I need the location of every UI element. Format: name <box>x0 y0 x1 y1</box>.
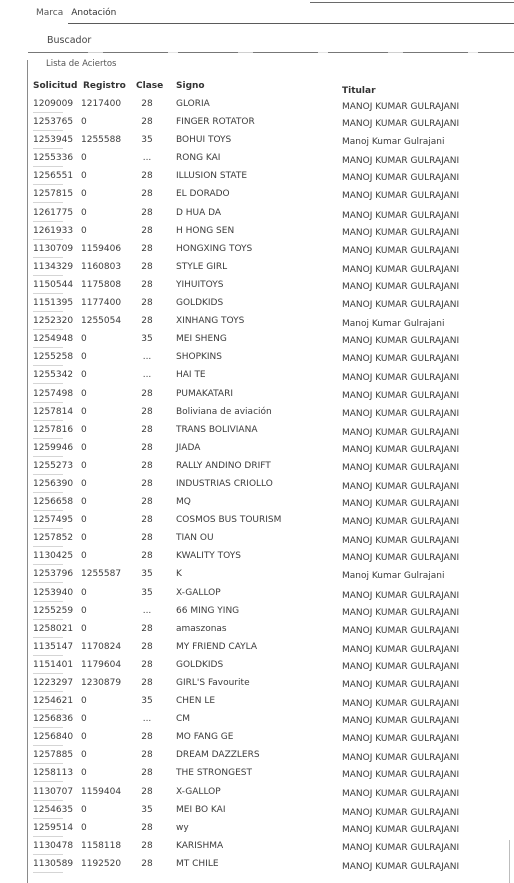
cell-clase: 28 <box>138 171 156 181</box>
cell-clase: 35 <box>138 696 156 706</box>
cell-titular: MANOJ KUMAR GULRAJANI <box>342 445 459 455</box>
cell-clase: ... <box>138 370 156 380</box>
column-header-registro[interactable]: Registro <box>83 81 126 91</box>
cell-titular: MANOJ KUMAR GULRAJANI <box>342 843 459 853</box>
table-row[interactable]: 1130707115940428X-GALLOPMANOJ KUMAR GULR… <box>0 785 514 803</box>
cell-signo: RONG KAI <box>176 153 220 163</box>
cell-solicitud: 1253940 <box>33 588 73 598</box>
cell-clase: 28 <box>138 479 156 489</box>
cell-registro: 0 <box>81 768 87 778</box>
cell-solicitud: 1254948 <box>33 334 73 344</box>
cell-titular: MANOJ KUMAR GULRAJANI <box>342 265 459 275</box>
column-header-signo[interactable]: Signo <box>176 81 205 91</box>
cell-clase: 35 <box>138 805 156 815</box>
cell-registro: 0 <box>81 805 87 815</box>
cell-titular: MANOJ KUMAR GULRAJANI <box>342 246 459 256</box>
column-header-clase[interactable]: Clase <box>136 81 163 91</box>
cell-solicitud: 1256658 <box>33 497 73 507</box>
cell-clase: ... <box>138 714 156 724</box>
table-row[interactable]: 1130425028KWALITY TOYSMANOJ KUMAR GULRAJ… <box>0 549 514 567</box>
cell-solicitud: 1135147 <box>33 642 73 652</box>
cell-clase: 35 <box>138 569 156 579</box>
cell-registro: 1179604 <box>81 660 121 670</box>
cell-registro: 0 <box>81 551 87 561</box>
cell-signo: HAI TE <box>176 370 206 380</box>
cell-solicitud: 1254635 <box>33 805 73 815</box>
cell-registro: 0 <box>81 497 87 507</box>
table-row[interactable]: 12553360...RONG KAIMANOJ KUMAR GULRAJANI <box>0 151 514 169</box>
cell-clase: 28 <box>138 99 156 109</box>
section-title-buscador: Buscador <box>47 35 91 46</box>
cell-signo: H HONG SEN <box>176 226 234 236</box>
table-row[interactable]: 1261775028D HUA DAMANOJ KUMAR GULRAJANI <box>0 206 514 224</box>
cell-solicitud: 1130425 <box>33 551 73 561</box>
table-row[interactable]: 1253945125558835BOHUI TOYSManoj Kumar Gu… <box>0 133 514 151</box>
table-row[interactable]: 12552580...SHOPKINSMANOJ KUMAR GULRAJANI <box>0 350 514 368</box>
cell-solicitud: 1255258 <box>33 352 73 362</box>
table-row[interactable]: 1253765028FINGER ROTATORMANOJ KUMAR GULR… <box>0 115 514 133</box>
cell-solicitud: 1256390 <box>33 479 73 489</box>
cell-signo: X-GALLOP <box>176 588 221 598</box>
cell-signo: YIHUITOYS <box>176 280 223 290</box>
cell-registro: 0 <box>81 389 87 399</box>
cell-solicitud: 1256836 <box>33 714 73 724</box>
cell-titular: MANOJ KUMAR GULRAJANI <box>342 119 459 129</box>
cell-solicitud: 1255259 <box>33 606 73 616</box>
table-row[interactable]: 1257816028TRANS BOLIVIANAMANOJ KUMAR GUL… <box>0 423 514 441</box>
cell-signo: X-GALLOP <box>176 787 221 797</box>
cell-signo: PUMAKATARI <box>176 389 233 399</box>
cell-solicitud: 1253945 <box>33 135 73 145</box>
table-row[interactable]: 1261933028H HONG SENMANOJ KUMAR GULRAJAN… <box>0 224 514 242</box>
table-row[interactable]: 1252320125505428XINHANG TOYSManoj Kumar … <box>0 314 514 332</box>
cell-clase: 28 <box>138 841 156 851</box>
cell-signo: INDUSTRIAS CRIOLLO <box>176 479 273 489</box>
cell-solicitud: 1151395 <box>33 298 73 308</box>
cell-solicitud: 1257498 <box>33 389 73 399</box>
table-header: Solicitud Registro Clase Signo Titular <box>33 81 513 95</box>
cell-clase: 28 <box>138 425 156 435</box>
cell-titular: MANOJ KUMAR GULRAJANI <box>342 716 459 726</box>
table-row[interactable]: 1258113028THE STRONGESTMANOJ KUMAR GULRA… <box>0 766 514 784</box>
cell-clase: 28 <box>138 208 156 218</box>
cell-titular: MANOJ KUMAR GULRAJANI <box>342 211 459 221</box>
cell-signo: THE STRONGEST <box>176 768 252 778</box>
cell-solicitud: 1223297 <box>33 678 73 688</box>
cell-signo: XINHANG TOYS <box>176 316 244 326</box>
cell-signo: BOHUI TOYS <box>176 135 231 145</box>
table-row[interactable]: 1257852028TIAN OUMANOJ KUMAR GULRAJANI <box>0 531 514 549</box>
tab-marca[interactable]: Marca <box>36 8 63 18</box>
column-header-solicitud[interactable]: Solicitud <box>33 81 77 91</box>
table-row[interactable]: 1256551028ILLUSION STATEMANOJ KUMAR GULR… <box>0 169 514 187</box>
cell-titular: MANOJ KUMAR GULRAJANI <box>342 482 459 492</box>
cell-clase: 28 <box>138 262 156 272</box>
cell-registro: 0 <box>81 117 87 127</box>
cell-solicitud: 1151401 <box>33 660 73 670</box>
cell-registro: 1217400 <box>81 99 121 109</box>
cell-titular: Manoj Kumar Gulrajani <box>342 319 444 329</box>
cell-clase: 28 <box>138 461 156 471</box>
cell-registro: 0 <box>81 533 87 543</box>
cell-signo: wy <box>176 823 189 833</box>
cell-clase: 28 <box>138 298 156 308</box>
cell-solicitud: 1261933 <box>33 226 73 236</box>
cell-registro: 0 <box>81 696 87 706</box>
table-row[interactable]: 1150544117580828YIHUITOYSMANOJ KUMAR GUL… <box>0 278 514 296</box>
cell-clase: ... <box>138 352 156 362</box>
cell-clase: 28 <box>138 189 156 199</box>
cell-solicitud: 1261775 <box>33 208 73 218</box>
cell-titular: MANOJ KUMAR GULRAJANI <box>342 753 459 763</box>
table-row[interactable]: 1257495028COSMOS BUS TOURISMMANOJ KUMAR … <box>0 513 514 531</box>
cell-titular: MANOJ KUMAR GULRAJANI <box>342 282 459 292</box>
table-row[interactable]: 1256658028MQMANOJ KUMAR GULRAJANI <box>0 495 514 513</box>
cell-signo: MY FRIEND CAYLA <box>176 642 257 652</box>
cell-registro: 0 <box>81 714 87 724</box>
cell-clase: 35 <box>138 334 156 344</box>
table-row[interactable]: 1254948035MEI SHENGMANOJ KUMAR GULRAJANI <box>0 332 514 350</box>
cell-solicitud: 1257852 <box>33 533 73 543</box>
cell-registro: 0 <box>81 479 87 489</box>
cell-titular: MANOJ KUMAR GULRAJANI <box>342 191 459 201</box>
cell-titular: Manoj Kumar Gulrajani <box>342 571 444 581</box>
cell-clase: 28 <box>138 859 156 869</box>
table-row[interactable]: 1209009121740028GLORIAMANOJ KUMAR GULRAJ… <box>0 97 514 115</box>
cell-clase: 28 <box>138 316 156 326</box>
cell-clase: 35 <box>138 135 156 145</box>
cell-solicitud: 1253765 <box>33 117 73 127</box>
cell-titular: MANOJ KUMAR GULRAJANI <box>342 156 459 166</box>
cell-clase: 28 <box>138 515 156 525</box>
cell-clase: 28 <box>138 750 156 760</box>
cell-solicitud: 1134329 <box>33 262 73 272</box>
results-table-body: 1209009121740028GLORIAMANOJ KUMAR GULRAJ… <box>0 97 514 875</box>
table-row[interactable]: 1257885028DREAM DAZZLERSMANOJ KUMAR GULR… <box>0 748 514 766</box>
cell-titular: MANOJ KUMAR GULRAJANI <box>342 862 459 872</box>
cell-registro: 0 <box>81 352 87 362</box>
table-row[interactable]: 1258021028amaszonasMANOJ KUMAR GULRAJANI <box>0 622 514 640</box>
cell-signo: KWALITY TOYS <box>176 551 241 561</box>
table-row[interactable]: 1256840028MO FANG GEMANOJ KUMAR GULRAJAN… <box>0 730 514 748</box>
cell-titular: MANOJ KUMAR GULRAJANI <box>342 734 459 744</box>
table-row[interactable]: 1257814028Boliviana de aviaciónMANOJ KUM… <box>0 405 514 423</box>
cell-signo: 66 MING YING <box>176 606 239 616</box>
cell-signo: ILLUSION STATE <box>176 171 247 181</box>
cell-clase: 28 <box>138 551 156 561</box>
table-row[interactable]: 1255273028RALLY ANDINO DRIFTMANOJ KUMAR … <box>0 459 514 477</box>
cell-solicitud: 1209009 <box>33 99 73 109</box>
cell-registro: 1170824 <box>81 642 121 652</box>
cell-solicitud: 1258021 <box>33 624 73 634</box>
cell-registro: 0 <box>81 370 87 380</box>
cell-solicitud: 1257495 <box>33 515 73 525</box>
table-row[interactable]: 1254635035MEI BO KAIMANOJ KUMAR GULRAJAN… <box>0 803 514 821</box>
table-row[interactable]: 1254621035CHEN LEMANOJ KUMAR GULRAJANI <box>0 694 514 712</box>
cell-signo: K <box>176 569 182 579</box>
cell-registro: 1159404 <box>81 787 121 797</box>
cell-registro: 0 <box>81 425 87 435</box>
table-row[interactable]: 1253940035X-GALLOPMANOJ KUMAR GULRAJANI <box>0 586 514 604</box>
cell-solicitud: 1253796 <box>33 569 73 579</box>
table-row[interactable]: 1151401117960428GOLDKIDSMANOJ KUMAR GULR… <box>0 658 514 676</box>
cell-clase: 28 <box>138 732 156 742</box>
cell-titular: MANOJ KUMAR GULRAJANI <box>342 808 459 818</box>
cell-signo: CM <box>176 714 190 724</box>
cell-registro: 1160803 <box>81 262 121 272</box>
cell-signo: DREAM DAZZLERS <box>176 750 260 760</box>
cell-clase: 28 <box>138 389 156 399</box>
top-border <box>310 2 514 3</box>
table-row[interactable]: 1130589119252028MT CHILEMANOJ KUMAR GULR… <box>0 857 514 875</box>
cell-titular: MANOJ KUMAR GULRAJANI <box>342 645 459 655</box>
table-row[interactable]: 12553420...HAI TEMANOJ KUMAR GULRAJANI <box>0 368 514 386</box>
cell-registro: 0 <box>81 443 87 453</box>
cell-titular: MANOJ KUMAR GULRAJANI <box>342 300 459 310</box>
cell-registro: 0 <box>81 823 87 833</box>
cell-solicitud: 1259946 <box>33 443 73 453</box>
cell-signo: EL DORADO <box>176 189 230 199</box>
cell-solicitud: 1255273 <box>33 461 73 471</box>
cell-titular: MANOJ KUMAR GULRAJANI <box>342 517 459 527</box>
cell-signo: D HUA DA <box>176 208 221 218</box>
cell-registro: 1158118 <box>81 841 121 851</box>
cell-clase: 35 <box>138 588 156 598</box>
cell-signo: FINGER ROTATOR <box>176 117 255 127</box>
cell-titular: MANOJ KUMAR GULRAJANI <box>342 499 459 509</box>
tab-anotacion[interactable]: Anotación <box>71 8 116 18</box>
cell-titular: MANOJ KUMAR GULRAJANI <box>342 102 459 112</box>
tab-underline <box>68 23 514 24</box>
cell-registro: 1175808 <box>81 280 121 290</box>
cell-registro: 0 <box>81 732 87 742</box>
cell-signo: MEI BO KAI <box>176 805 225 815</box>
cell-registro: 0 <box>81 407 87 417</box>
cell-solicitud: 1258113 <box>33 768 73 778</box>
cell-titular: MANOJ KUMAR GULRAJANI <box>342 626 459 636</box>
table-row[interactable]: 1134329116080328STYLE GIRLMANOJ KUMAR GU… <box>0 260 514 278</box>
cell-clase: 28 <box>138 624 156 634</box>
cell-signo: KARISHMA <box>176 841 223 851</box>
cell-titular: MANOJ KUMAR GULRAJANI <box>342 591 459 601</box>
cell-registro: 1192520 <box>81 859 121 869</box>
cell-registro: 0 <box>81 606 87 616</box>
cell-clase: ... <box>138 153 156 163</box>
cell-clase: 28 <box>138 768 156 778</box>
table-row[interactable]: 1257815028EL DORADOMANOJ KUMAR GULRAJANI <box>0 187 514 205</box>
cell-titular: MANOJ KUMAR GULRAJANI <box>342 825 459 835</box>
cell-signo: JIADA <box>176 443 200 453</box>
cell-solicitud: 1150544 <box>33 280 73 290</box>
cell-clase: 28 <box>138 497 156 507</box>
table-row[interactable]: 1256390028INDUSTRIAS CRIOLLOMANOJ KUMAR … <box>0 477 514 495</box>
group-box-border <box>28 52 514 53</box>
cell-titular: MANOJ KUMAR GULRAJANI <box>342 770 459 780</box>
cell-registro: 0 <box>81 588 87 598</box>
cell-solicitud: 1254621 <box>33 696 73 706</box>
cell-registro: 0 <box>81 226 87 236</box>
cell-clase: 28 <box>138 642 156 652</box>
cell-clase: 28 <box>138 787 156 797</box>
cell-titular: MANOJ KUMAR GULRAJANI <box>342 463 459 473</box>
cell-signo: MO FANG GE <box>176 732 233 742</box>
table-row[interactable]: 1130478115811828KARISHMAMANOJ KUMAR GULR… <box>0 839 514 857</box>
cell-registro: 1177400 <box>81 298 121 308</box>
cell-solicitud: 1256551 <box>33 171 73 181</box>
cell-registro: 0 <box>81 171 87 181</box>
cell-signo: SHOPKINS <box>176 352 222 362</box>
cell-signo: MQ <box>176 497 191 507</box>
cell-titular: MANOJ KUMAR GULRAJANI <box>342 662 459 672</box>
table-row[interactable]: 1259514028wyMANOJ KUMAR GULRAJANI <box>0 821 514 839</box>
cell-solicitud: 1257885 <box>33 750 73 760</box>
cell-titular: MANOJ KUMAR GULRAJANI <box>342 699 459 709</box>
cell-clase: 28 <box>138 660 156 670</box>
cell-signo: COSMOS BUS TOURISM <box>176 515 281 525</box>
cell-registro: 1159406 <box>81 244 121 254</box>
table-row[interactable]: 1223297123087928GIRL'S FavouriteMANOJ KU… <box>0 676 514 694</box>
cell-titular: MANOJ KUMAR GULRAJANI <box>342 608 459 618</box>
cell-solicitud: 1257816 <box>33 425 73 435</box>
cell-clase: 28 <box>138 117 156 127</box>
cell-signo: MEI SHENG <box>176 334 227 344</box>
cell-registro: 1255588 <box>81 135 121 145</box>
cell-registro: 0 <box>81 515 87 525</box>
cell-titular: MANOJ KUMAR GULRAJANI <box>342 536 459 546</box>
cell-signo: TIAN OU <box>176 533 214 543</box>
table-row[interactable]: 1259946028JIADAMANOJ KUMAR GULRAJANI <box>0 441 514 459</box>
cell-clase: 28 <box>138 226 156 236</box>
cell-signo: STYLE GIRL <box>176 262 227 272</box>
column-header-titular[interactable]: Titular <box>342 86 376 96</box>
cell-solicitud: 1130589 <box>33 859 73 869</box>
cell-registro: 0 <box>81 750 87 760</box>
table-row[interactable]: 12568360...CMMANOJ KUMAR GULRAJANI <box>0 712 514 730</box>
group-title-results: Lista de Aciertos <box>46 59 116 69</box>
cell-titular: MANOJ KUMAR GULRAJANI <box>342 409 459 419</box>
cell-registro: 1230879 <box>81 678 121 688</box>
table-row[interactable]: 1135147117082428MY FRIEND CAYLAMANOJ KUM… <box>0 640 514 658</box>
cell-signo: GOLDKIDS <box>176 298 223 308</box>
cell-solicitud: 1130707 <box>33 787 73 797</box>
cell-signo: GOLDKIDS <box>176 660 223 670</box>
cell-solicitud: 1259514 <box>33 823 73 833</box>
cell-solicitud: 1130709 <box>33 244 73 254</box>
cell-titular: MANOJ KUMAR GULRAJANI <box>342 336 459 346</box>
cell-titular: MANOJ KUMAR GULRAJANI <box>342 553 459 563</box>
cell-solicitud: 1257815 <box>33 189 73 199</box>
cell-titular: Manoj Kumar Gulrajani <box>342 137 444 147</box>
cell-titular: MANOJ KUMAR GULRAJANI <box>342 354 459 364</box>
cell-clase: 28 <box>138 533 156 543</box>
cell-titular: MANOJ KUMAR GULRAJANI <box>342 680 459 690</box>
cell-registro: 1255054 <box>81 316 121 326</box>
cell-titular: MANOJ KUMAR GULRAJANI <box>342 173 459 183</box>
cell-titular: MANOJ KUMAR GULRAJANI <box>342 391 459 401</box>
table-row[interactable]: 1257498028PUMAKATARIMANOJ KUMAR GULRAJAN… <box>0 387 514 405</box>
cell-clase: 28 <box>138 244 156 254</box>
cell-registro: 0 <box>81 153 87 163</box>
table-row[interactable]: 1253796125558735KManoj Kumar Gulrajani <box>0 567 514 585</box>
cell-signo: HONGXING TOYS <box>176 244 252 254</box>
cell-signo: TRANS BOLIVIANA <box>176 425 257 435</box>
cell-registro: 1255587 <box>81 569 121 579</box>
table-row[interactable]: 12552590...66 MING YINGMANOJ KUMAR GULRA… <box>0 604 514 622</box>
cell-signo: MT CHILE <box>176 859 219 869</box>
cell-solicitud: 1252320 <box>33 316 73 326</box>
cell-registro: 0 <box>81 334 87 344</box>
cell-titular: MANOJ KUMAR GULRAJANI <box>342 428 459 438</box>
cell-signo: RALLY ANDINO DRIFT <box>176 461 271 471</box>
cell-registro: 0 <box>81 624 87 634</box>
cell-titular: MANOJ KUMAR GULRAJANI <box>342 373 459 383</box>
tab-bar: Marca Anotación <box>36 8 116 18</box>
cell-solicitud: 1256840 <box>33 732 73 742</box>
cell-clase: ... <box>138 606 156 616</box>
cell-solicitud: 1255342 <box>33 370 73 380</box>
cell-signo: amaszonas <box>176 624 227 634</box>
cell-titular: MANOJ KUMAR GULRAJANI <box>342 228 459 238</box>
cell-solicitud: 1130478 <box>33 841 73 851</box>
cell-signo: CHEN LE <box>176 696 215 706</box>
table-row[interactable]: 1151395117740028GOLDKIDSMANOJ KUMAR GULR… <box>0 296 514 314</box>
cell-registro: 0 <box>81 189 87 199</box>
cell-registro: 0 <box>81 461 87 471</box>
cell-clase: 28 <box>138 678 156 688</box>
cell-clase: 28 <box>138 823 156 833</box>
cell-signo: GLORIA <box>176 99 210 109</box>
cell-titular: MANOJ KUMAR GULRAJANI <box>342 789 459 799</box>
cell-registro: 0 <box>81 208 87 218</box>
cell-signo: GIRL'S Favourite <box>176 678 250 688</box>
cell-clase: 28 <box>138 280 156 290</box>
cell-solicitud: 1257814 <box>33 407 73 417</box>
table-row[interactable]: 1130709115940628HONGXING TOYSMANOJ KUMAR… <box>0 242 514 260</box>
cell-signo: Boliviana de aviación <box>176 407 272 417</box>
cell-clase: 28 <box>138 443 156 453</box>
cell-clase: 28 <box>138 407 156 417</box>
cell-solicitud: 1255336 <box>33 153 73 163</box>
